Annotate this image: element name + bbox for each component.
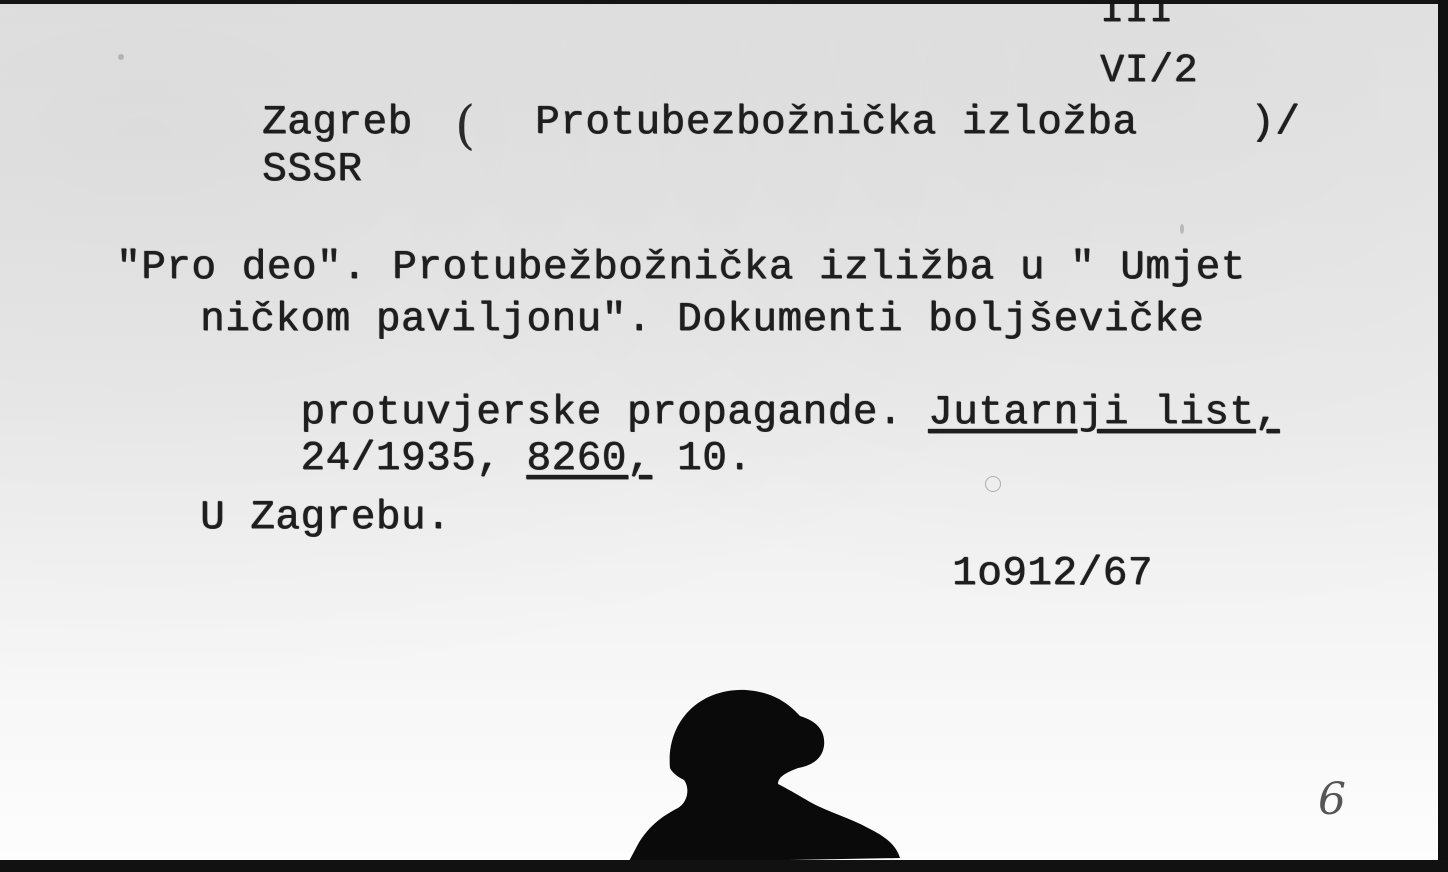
heading-topic: Protubezbožnička izložba <box>535 103 1138 144</box>
heading-close-mark: )/ <box>1250 103 1300 144</box>
heading-place: Zagreb <box>262 103 413 144</box>
page-number: 10. <box>652 436 752 482</box>
heading-line-2: SSSR <box>262 150 362 191</box>
issue-number: 8260, <box>526 436 652 482</box>
handwritten-number: 6 <box>1318 774 1346 825</box>
card-right-border <box>1438 0 1448 872</box>
issue-date: 24/1935, <box>300 436 526 482</box>
heading-open-paren: ( <box>455 96 475 156</box>
entry-line-1: "Pro deo". Protubežbožnička izližba u " … <box>116 248 1246 289</box>
paper-speck <box>118 54 124 60</box>
entry-line-2: ničkom paviljonu". Dokumenti boljševičke <box>200 300 1204 341</box>
silhouette-head-icon <box>628 668 928 863</box>
classification-line-1: III <box>1100 4 1174 32</box>
accession-number: 1o912/67 <box>952 554 1153 595</box>
source-title: Jutarnji list, <box>928 390 1279 436</box>
classification-line-2: VI/2 <box>1100 52 1198 92</box>
paper-speck <box>985 476 1001 492</box>
location-note: U Zagrebu. <box>200 498 451 539</box>
paper-speck <box>1180 224 1184 234</box>
card-bottom-border <box>0 860 1448 872</box>
